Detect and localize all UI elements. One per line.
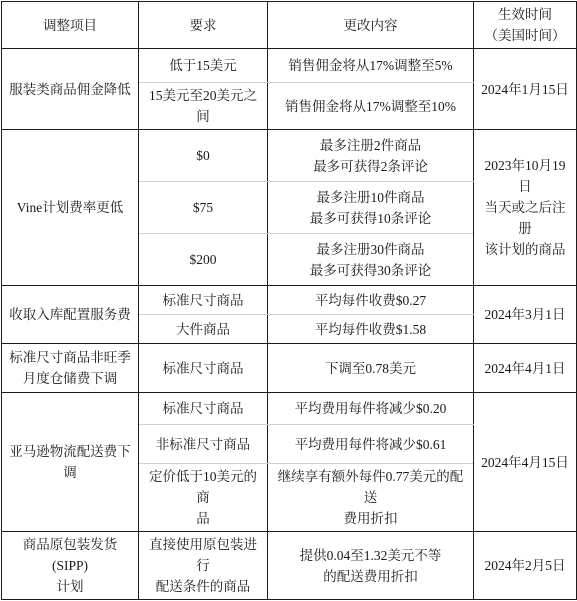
table-row: 标准尺寸商品非旺季 月度仓储费下调 标准尺寸商品 下调至0.78美元 2024年…	[2, 344, 577, 393]
change-cell: 最多注册2件商品 最多可获得2条评论	[268, 130, 474, 182]
requirement-cell: 直接使用原包装进行 配送条件的商品	[139, 532, 268, 600]
change-cell: 平均每件收费$1.58	[268, 315, 474, 344]
item-cell: 服装类商品佣金降低	[2, 49, 139, 130]
header-change-content: 更改内容	[268, 2, 474, 49]
fee-adjustment-table: 调整项目 要求 更改内容 生效时间 （美国时间） 服装类商品佣金降低 低于15美…	[1, 1, 577, 600]
table-row: 商品原包装发货(SIPP) 计划 直接使用原包装进行 配送条件的商品 提供0.0…	[2, 532, 577, 600]
item-cell: 标准尺寸商品非旺季 月度仓储费下调	[2, 344, 139, 393]
item-cell: 亚马逊物流配送费下 调	[2, 393, 139, 532]
change-cell: 销售佣金将从17%调整至5%	[268, 49, 474, 83]
requirement-cell: $0	[139, 130, 268, 182]
change-cell: 平均费用每件将减少$0.61	[268, 425, 474, 464]
requirement-cell: 低于15美元	[139, 49, 268, 83]
requirement-cell: $75	[139, 182, 268, 234]
header-effective-time: 生效时间 （美国时间）	[474, 2, 577, 49]
header-adjust-item: 调整项目	[2, 2, 139, 49]
header-requirement: 要求	[139, 2, 268, 49]
requirement-cell: 非标准尺寸商品	[139, 425, 268, 464]
change-cell: 下调至0.78美元	[268, 344, 474, 393]
requirement-cell: $200	[139, 234, 268, 286]
date-cell: 2024年4月15日	[474, 393, 577, 532]
table-row: 亚马逊物流配送费下 调 标准尺寸商品 平均费用每件将减少$0.20 2024年4…	[2, 393, 577, 425]
change-cell: 提供0.04至1.32美元不等 的配送费用折扣	[268, 532, 474, 600]
date-cell: 2024年2月5日	[474, 532, 577, 600]
change-cell: 平均费用每件将减少$0.20	[268, 393, 474, 425]
item-cell: Vine计划费率更低	[2, 130, 139, 286]
item-cell: 收取入库配置服务费	[2, 286, 139, 344]
table-row: 服装类商品佣金降低 低于15美元 销售佣金将从17%调整至5% 2024年1月1…	[2, 49, 577, 83]
change-cell: 继续享有额外每件0.77美元的配送 费用折扣	[268, 464, 474, 532]
table-row: Vine计划费率更低 $0 最多注册2件商品 最多可获得2条评论 2023年10…	[2, 130, 577, 182]
item-cell: 商品原包装发货(SIPP) 计划	[2, 532, 139, 600]
requirement-cell: 15美元至20美元之间	[139, 83, 268, 130]
requirement-cell: 标准尺寸商品	[139, 393, 268, 425]
date-cell: 2024年1月15日	[474, 49, 577, 130]
date-cell: 2023年10月19日 当天或之后注册 该计划的商品	[474, 130, 577, 286]
table-row: 收取入库配置服务费 标准尺寸商品 平均每件收费$0.27 2024年3月1日	[2, 286, 577, 315]
date-cell: 2024年4月1日	[474, 344, 577, 393]
table-header-row: 调整项目 要求 更改内容 生效时间 （美国时间）	[2, 2, 577, 49]
change-cell: 最多注册30件商品 最多可获得30条评论	[268, 234, 474, 286]
change-cell: 最多注册10件商品 最多可获得10条评论	[268, 182, 474, 234]
date-cell: 2024年3月1日	[474, 286, 577, 344]
requirement-cell: 大件商品	[139, 315, 268, 344]
requirement-cell: 定价低于10美元的商 品	[139, 464, 268, 532]
requirement-cell: 标准尺寸商品	[139, 344, 268, 393]
change-cell: 平均每件收费$0.27	[268, 286, 474, 315]
requirement-cell: 标准尺寸商品	[139, 286, 268, 315]
change-cell: 销售佣金将从17%调整至10%	[268, 83, 474, 130]
page: 调整项目 要求 更改内容 生效时间 （美国时间） 服装类商品佣金降低 低于15美…	[0, 0, 577, 601]
